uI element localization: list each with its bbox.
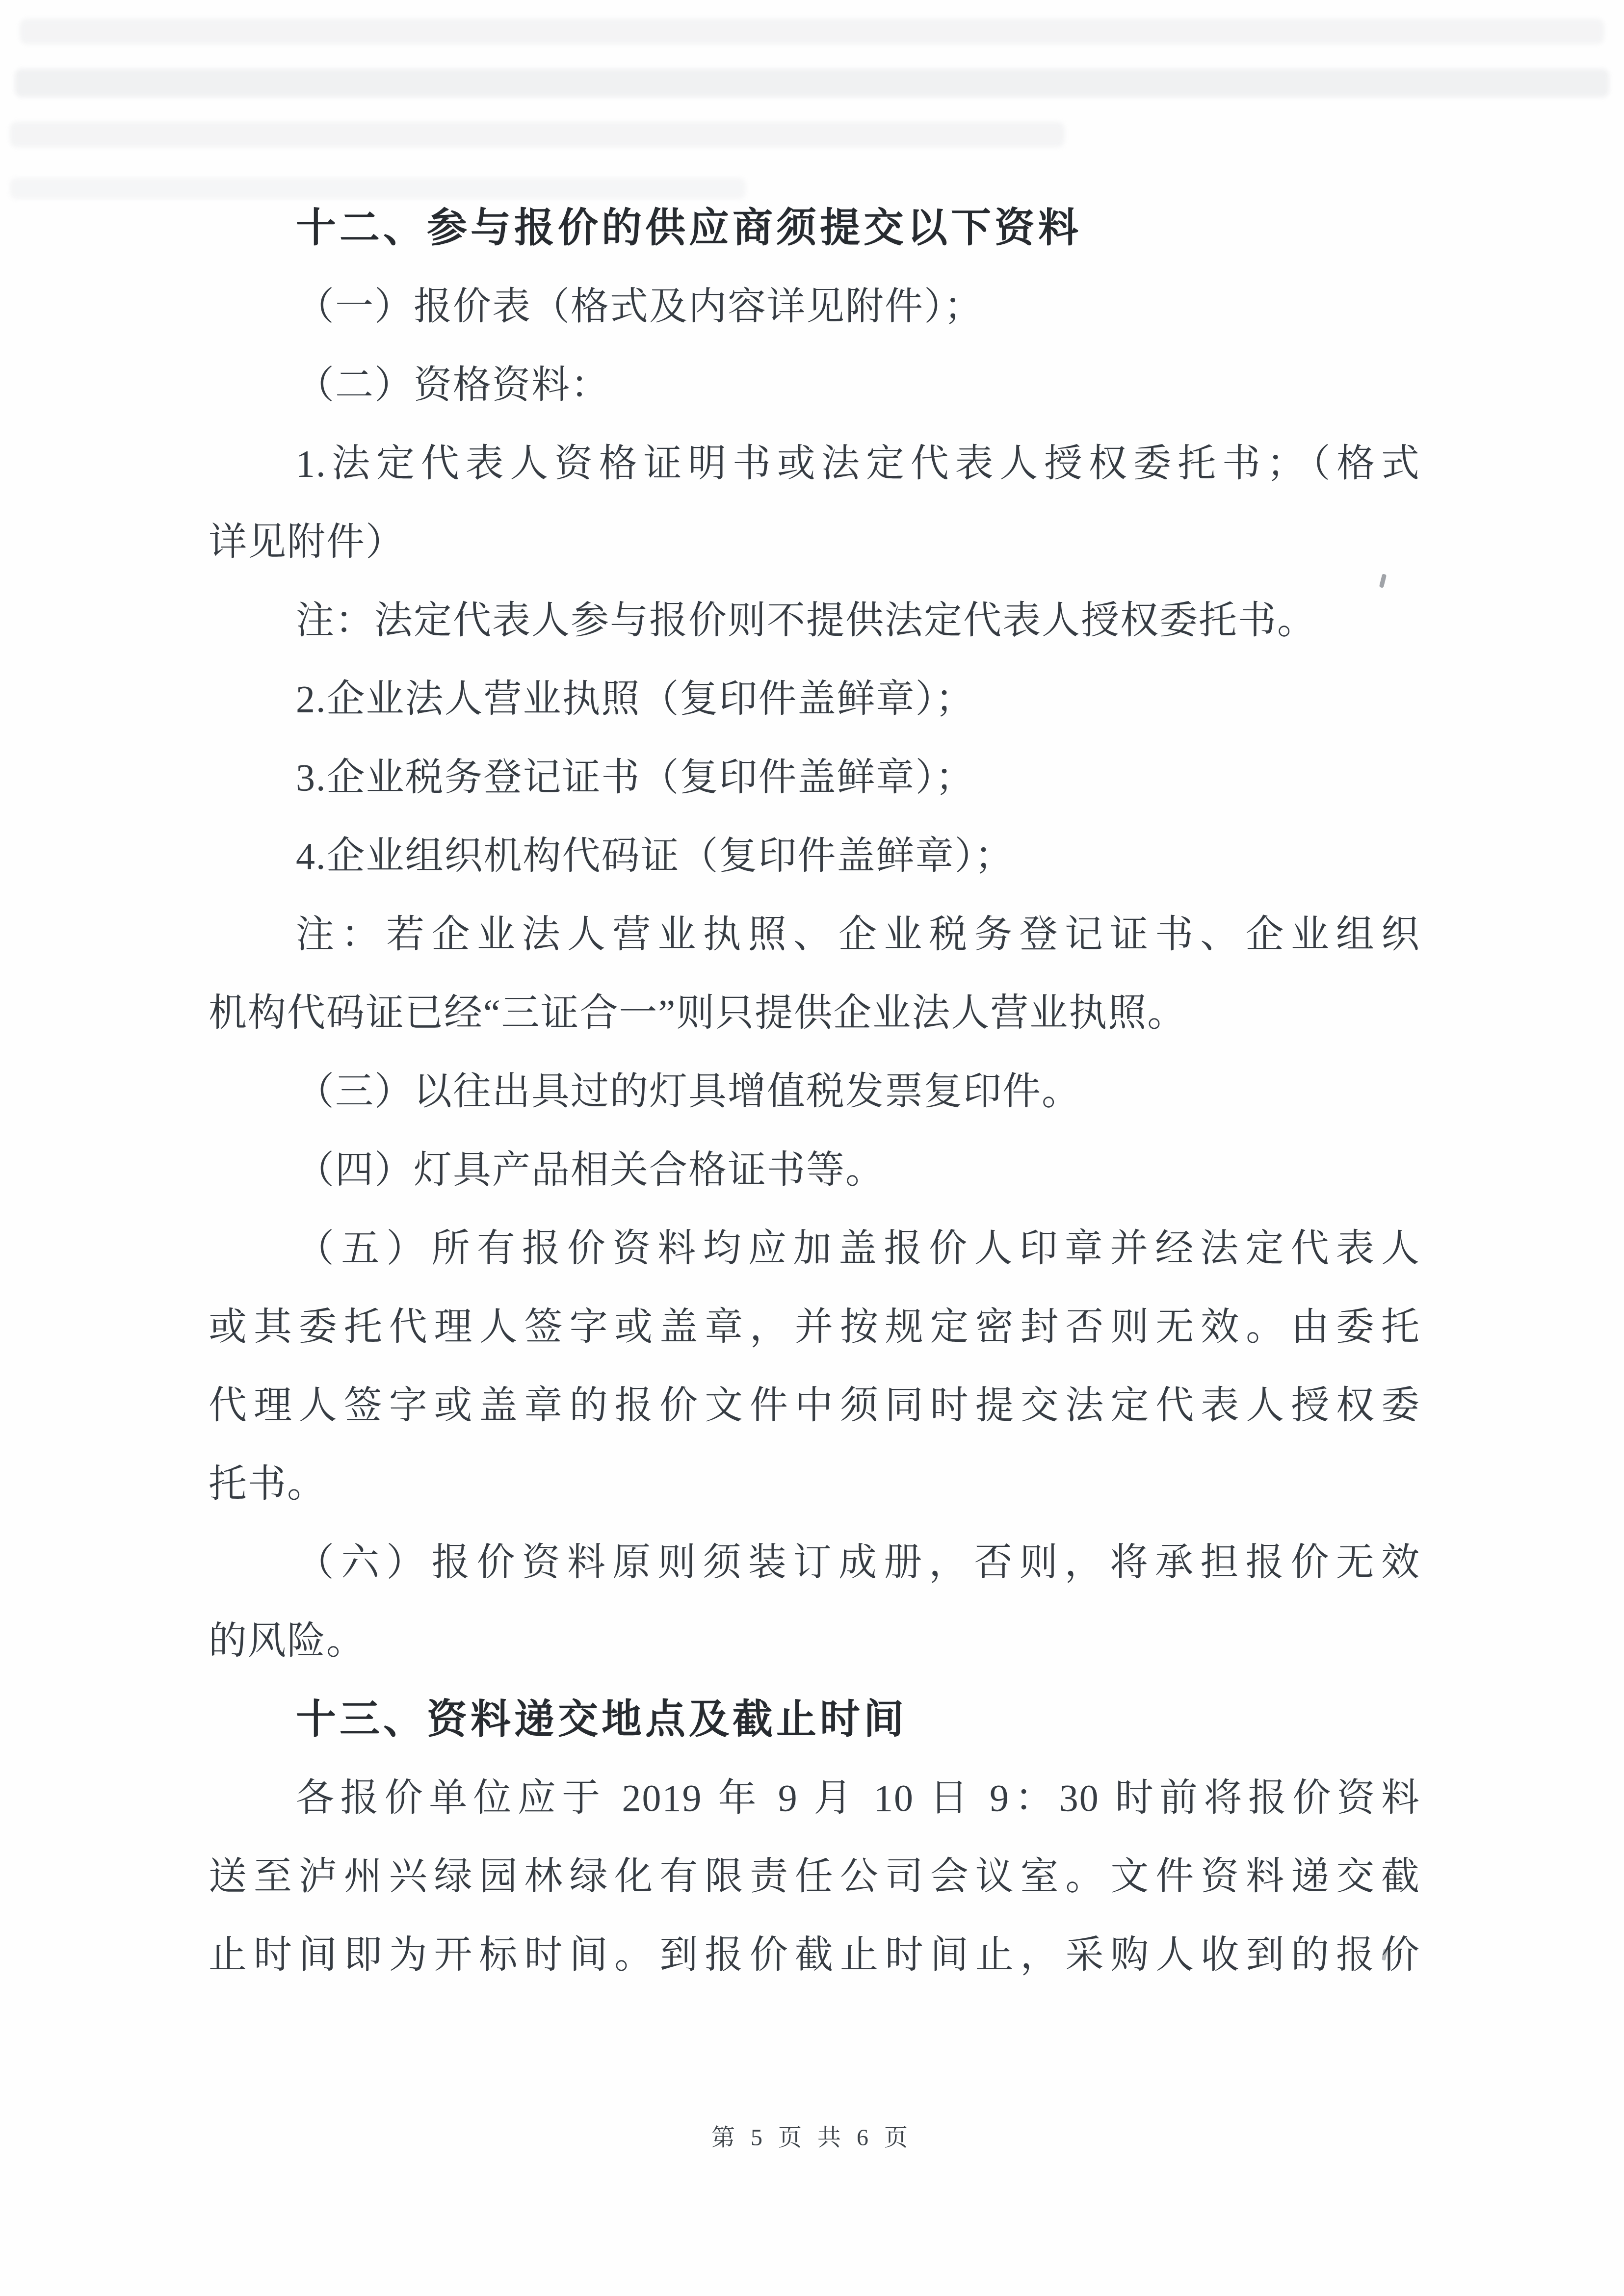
- note-three-in-one-line-2: 机构代码证已经“三证合一”则只提供企业法人营业执照。: [209, 974, 1420, 1052]
- sub-item-1-line-1: 1.法定代表人资格证明书或法定代表人授权委托书；（格式: [209, 424, 1420, 503]
- section-heading-13: 十三、资料递交地点及截止时间: [209, 1680, 1420, 1759]
- deadline-para-line-1: 各报价单位应于 2019 年 9 月 10 日 9：30 时前将报价资料: [209, 1759, 1420, 1837]
- deadline-para-line-2: 送至泸州兴绿园林绿化有限责任公司会议室。文件资料递交截: [209, 1837, 1420, 1916]
- sub-item-4-org-code: 4.企业组织机构代码证（复印件盖鲜章）；: [209, 817, 1420, 895]
- item-2-qualification: （二）资格资料：: [209, 346, 1420, 424]
- document-body: 十二、参与报价的供应商须提交以下资料 （一）报价表（格式及内容详见附件）； （二…: [209, 189, 1420, 1994]
- sub-item-2-license: 2.企业法人营业执照（复印件盖鲜章）；: [209, 660, 1420, 738]
- item-4-product-cert: （四）灯具产品相关合格证书等。: [209, 1131, 1420, 1209]
- item-6-line-2: 的风险。: [209, 1602, 1420, 1680]
- bleed-through-artifact: [20, 19, 1604, 44]
- note-three-in-one-line-1: 注：若企业法人营业执照、企业税务登记证书、企业组织: [209, 895, 1420, 974]
- item-1-quote-table: （一）报价表（格式及内容详见附件）；: [209, 267, 1420, 346]
- item-3-vat-invoice: （三）以往出具过的灯具增值税发票复印件。: [209, 1052, 1420, 1131]
- deadline-para-line-3: 止时间即为开标时间。到报价截止时间止，采购人收到的报价: [209, 1916, 1420, 1994]
- item-5-line-3: 代理人签字或盖章的报价文件中须同时提交法定代表人授权委: [209, 1366, 1420, 1445]
- page-footer: 第 5 页 共 6 页: [0, 2118, 1624, 2152]
- sub-item-3-tax-cert: 3.企业税务登记证书（复印件盖鲜章）；: [209, 738, 1420, 817]
- section-heading-12: 十二、参与报价的供应商须提交以下资料: [209, 189, 1420, 267]
- bleed-through-artifact: [15, 69, 1609, 97]
- item-5-line-1: （五）所有报价资料均应加盖报价人印章并经法定代表人: [209, 1209, 1420, 1288]
- item-5-line-4: 托书。: [209, 1445, 1420, 1523]
- item-5-line-2: 或其委托代理人签字或盖章，并按规定密封否则无效。由委托: [209, 1288, 1420, 1366]
- item-6-line-1: （六）报价资料原则须装订成册，否则，将承担报价无效: [209, 1523, 1420, 1602]
- bleed-through-artifact: [10, 122, 1065, 147]
- sub-item-1-line-2: 详见附件）: [209, 503, 1420, 581]
- note-legal-rep: 注：法定代表人参与报价则不提供法定代表人授权委托书。: [209, 581, 1420, 660]
- scanned-page: 十二、参与报价的供应商须提交以下资料 （一）报价表（格式及内容详见附件）； （二…: [0, 0, 1624, 2296]
